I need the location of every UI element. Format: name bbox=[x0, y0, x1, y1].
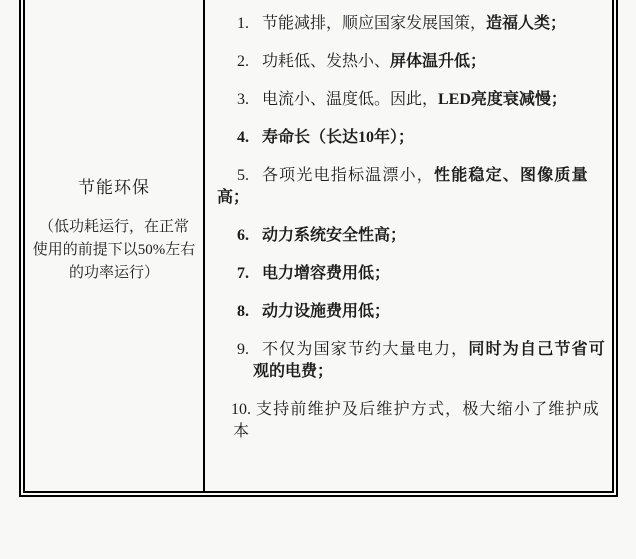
body-text: 各项光电指标温漂小， bbox=[262, 167, 434, 184]
body-text: 支持前维护及后维护方式，极大缩小了维护成 bbox=[256, 401, 600, 418]
spec-table: 节能环保 （低功耗运行，在正常使用的前提下以50%左右的功率运行） 1.节能减排… bbox=[19, 0, 618, 497]
emphasis-text: 造福人类； bbox=[486, 15, 566, 32]
list-item: 1.节能减排，顺应国家发展国策，造福人类； bbox=[217, 13, 606, 35]
list-item-line: 3.电流小、温度低。因此，LED亮度衰减慢； bbox=[237, 89, 606, 111]
emphasis-text: 同时为自己节省可 bbox=[468, 341, 606, 358]
list-item-number: 6. bbox=[237, 225, 262, 247]
list-item-number: 2. bbox=[237, 51, 262, 73]
list-item-line: 6.动力系统安全性高； bbox=[237, 225, 606, 247]
list-item: 3.电流小、温度低。因此，LED亮度衰减慢； bbox=[217, 89, 606, 111]
list-item-number: 1. bbox=[237, 13, 262, 35]
emphasis-text: 观的电费； bbox=[253, 363, 333, 380]
body-text: 电流小、温度低。因此， bbox=[262, 91, 438, 108]
list-item: 2.功耗低、发热小、屏体温升低； bbox=[217, 51, 606, 73]
list-item: 10.支持前维护及后维护方式，极大缩小了维护成本 bbox=[217, 399, 606, 443]
list-item-line: 8.动力设施费用低； bbox=[237, 301, 606, 323]
list-item-line: 2.功耗低、发热小、屏体温升低； bbox=[237, 51, 606, 73]
list-item-number: 3. bbox=[237, 89, 262, 111]
list-item-line: 10.支持前维护及后维护方式，极大缩小了维护成 bbox=[231, 399, 606, 421]
list-item-line: 7.电力增容费用低； bbox=[237, 263, 606, 285]
list-item: 6.动力系统安全性高； bbox=[217, 225, 606, 247]
document-canvas: 节能环保 （低功耗运行，在正常使用的前提下以50%左右的功率运行） 1.节能减排… bbox=[0, 0, 636, 559]
emphasis-text: 高； bbox=[217, 189, 249, 206]
list-item-number: 9. bbox=[237, 339, 262, 361]
feature-subtitle: （低功耗运行，在正常使用的前提下以50%左右的功率运行） bbox=[33, 216, 196, 285]
emphasis-text: 寿命长（长达10年）； bbox=[262, 129, 414, 146]
emphasis-text: 性能稳定、图像质量 bbox=[434, 167, 589, 184]
body-text: 节能减排，顺应国家发展国策， bbox=[262, 15, 486, 32]
emphasis-text: 电力增容费用低； bbox=[262, 265, 390, 282]
feature-title: 节能环保 bbox=[78, 177, 150, 199]
list-item-continuation-line: 高； bbox=[217, 187, 606, 209]
list-item-continuation-line: 本 bbox=[233, 421, 606, 443]
emphasis-text: 屏体温升低； bbox=[390, 53, 486, 70]
feature-subtitle-line: 使用的前提下以50%左右 bbox=[33, 239, 196, 262]
emphasis-text: 动力系统安全性高； bbox=[262, 227, 406, 244]
feature-name-cell: 节能环保 （低功耗运行，在正常使用的前提下以50%左右的功率运行） bbox=[25, 0, 205, 491]
list-item-number: 8. bbox=[237, 301, 262, 323]
body-text: 功耗低、发热小、 bbox=[262, 53, 390, 70]
list-item-number: 10. bbox=[231, 399, 256, 421]
emphasis-text: 动力设施费用低； bbox=[262, 303, 390, 320]
list-item-line: 5.各项光电指标温漂小，性能稳定、图像质量 bbox=[237, 165, 606, 187]
list-item-continuation-line: 观的电费； bbox=[253, 361, 606, 383]
list-item: 7.电力增容费用低； bbox=[217, 263, 606, 285]
list-item-line: 4.寿命长（长达10年）； bbox=[237, 127, 606, 149]
list-item: 5.各项光电指标温漂小，性能稳定、图像质量高； bbox=[217, 165, 606, 209]
emphasis-text: LED亮度衰减慢； bbox=[438, 91, 567, 108]
list-item-number: 7. bbox=[237, 263, 262, 285]
list-item-number: 4. bbox=[237, 127, 262, 149]
list-item: 9.不仅为国家节约大量电力，同时为自己节省可观的电费； bbox=[217, 339, 606, 383]
body-text: 不仅为国家节约大量电力， bbox=[262, 341, 468, 358]
list-item-number: 5. bbox=[237, 165, 262, 187]
list-item-line: 9.不仅为国家节约大量电力，同时为自己节省可 bbox=[237, 339, 606, 361]
list-item-line: 1.节能减排，顺应国家发展国策，造福人类； bbox=[237, 13, 606, 35]
feature-subtitle-line: （低功耗运行，在正常 bbox=[33, 216, 196, 239]
feature-subtitle-line: 的功率运行） bbox=[33, 262, 196, 285]
list-item: 4.寿命长（长达10年）； bbox=[217, 127, 606, 149]
feature-details-cell: 1.节能减排，顺应国家发展国策，造福人类；2.功耗低、发热小、屏体温升低；3.电… bbox=[205, 0, 612, 491]
body-text: 本 bbox=[233, 423, 249, 440]
list-item: 8.动力设施费用低； bbox=[217, 301, 606, 323]
